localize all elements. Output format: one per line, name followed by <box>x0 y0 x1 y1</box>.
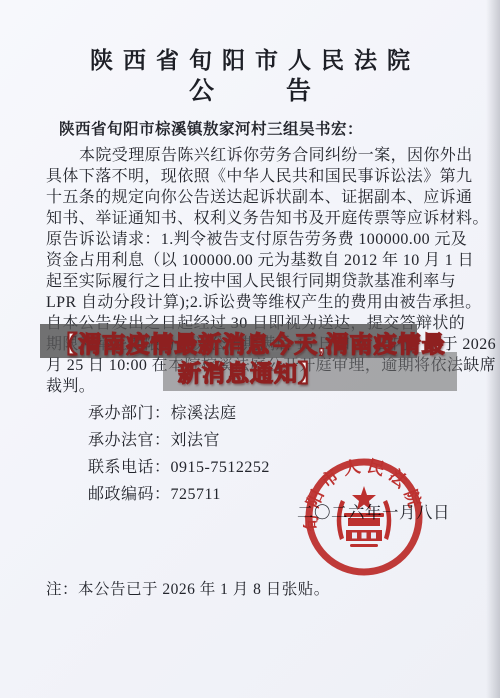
notice-heading: 公告 <box>0 71 500 107</box>
body-line: 原告诉讼请求：1.判令被告支付原告劳务费 100000.00 元及 <box>46 229 476 250</box>
contact-department: 承办部门：棕溪法庭 <box>88 400 270 427</box>
body-line: 资金占用利息（以 100000.00 元为基数自 2012 年 10 月 1 日 <box>46 250 476 271</box>
posting-note: 注：本公告已于 2026 年 1 月 8 日张贴。 <box>46 577 330 599</box>
body-line: LPR 自动分段计算);2.诉讼费等维权产生的费用由被告承担。 <box>46 292 476 313</box>
caption-title-line2: 新消息通知】 <box>0 355 500 388</box>
court-notice-document: 陕西省旬阳市人民法院 公告 陕西省旬阳市棕溪镇敖家河村三组吴书宏： 本院受理原告… <box>0 0 500 698</box>
body-line: 十五条的规定向你公告送达起诉状副本、证据副本、应诉通 <box>46 187 476 208</box>
national-emblem-icon <box>337 486 392 547</box>
body-line: 本院受理原告陈兴红诉你劳务合同纠纷一案，因你外出 <box>46 145 476 166</box>
body-line: 知书、举证通知书、权利义务告知书及开庭传票等应诉材料。 <box>46 208 476 229</box>
recipient-line: 陕西省旬阳市棕溪镇敖家河村三组吴书宏： <box>59 117 363 139</box>
body-line: 具体下落不明，现依照《中华人民共和国民事诉讼法》第九 <box>46 166 476 187</box>
body-line: 起至实际履行之日止按中国人民银行同期贷款基准利率与 <box>46 271 476 292</box>
contact-judge: 承办法官：刘法官 <box>88 427 270 454</box>
contact-postcode: 邮政编码：725711 <box>88 481 270 508</box>
court-seal-stamp: 旬阳市人民法院 <box>303 456 425 578</box>
contact-block: 承办部门：棕溪法庭 承办法官：刘法官 联系电话：0915-7512252 邮政编… <box>88 400 270 508</box>
contact-phone: 联系电话：0915-7512252 <box>88 454 270 481</box>
